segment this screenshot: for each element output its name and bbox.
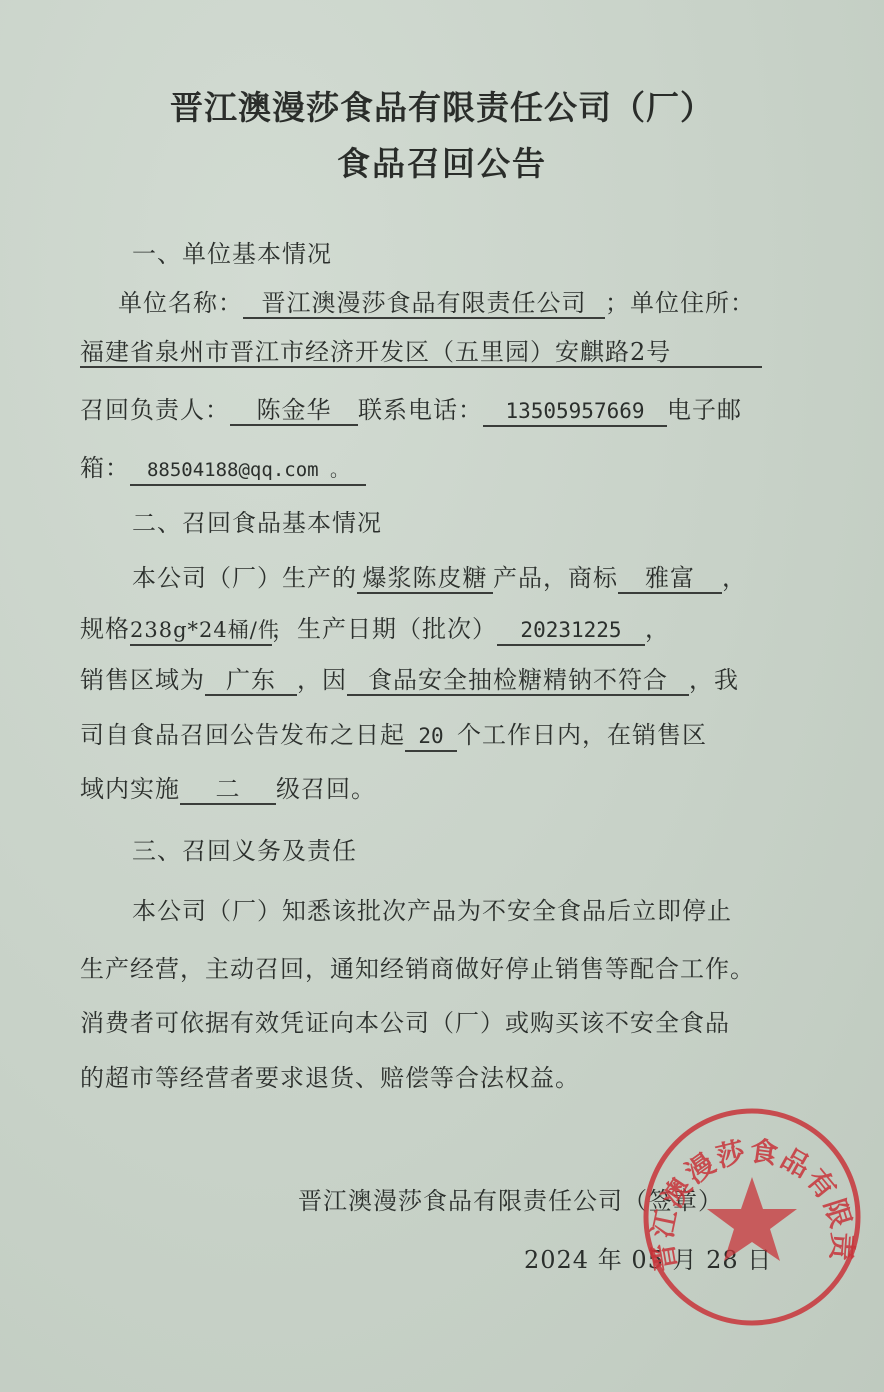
text: ，我 <box>689 666 739 694</box>
text: 个工作日内，在销售区 <box>457 721 707 749</box>
region-line: 销售区域为广东，因食品安全抽检糖精钠不符合，我 <box>80 664 739 696</box>
text: ， <box>645 615 670 643</box>
phone-value: 13505957669 <box>483 397 667 427</box>
star-icon <box>707 1177 797 1261</box>
unit-address-label: ；单位住所： <box>605 289 755 317</box>
email-line: 箱：88504188@qq.com 。 <box>80 452 366 486</box>
region-value: 广东 <box>205 666 297 696</box>
product-value: 爆浆陈皮糖 <box>357 564 493 594</box>
level-line: 域内实施二级召回。 <box>80 773 376 805</box>
unit-name-label: 单位名称： <box>118 289 243 317</box>
text: ， <box>722 564 747 592</box>
days-line: 司自食品召回公告发布之日起20个工作日内，在销售区 <box>80 719 707 752</box>
title-notice: 食品召回公告 <box>0 138 884 185</box>
company-seal-stamp: 晋江澳漫莎食品有限责任公司 <box>640 1105 865 1330</box>
brand-value: 雅富 <box>618 564 722 594</box>
email-label-2: 箱： <box>80 454 130 482</box>
batch-value: 20231225 <box>497 616 645 646</box>
reason-value: 食品安全抽检糖精钠不符合 <box>347 666 689 696</box>
recall-person-line: 召回负责人：陈金华联系电话：13505957669电子邮 <box>80 394 742 427</box>
level-value: 二 <box>180 775 276 805</box>
spec-value: 238g*24桶/件 <box>130 616 272 646</box>
recall-person-value: 陈金华 <box>230 396 358 426</box>
email-label-1: 电子邮 <box>667 396 742 424</box>
section3-para-line2: 生产经营，主动召回，通知经销商做好停止销售等配合工作。 <box>80 953 755 985</box>
recall-person-label: 召回负责人： <box>80 396 230 424</box>
section3-para-line1: 本公司（厂）知悉该批次产品为不安全食品后立即停止 <box>132 895 732 927</box>
unit-address-line: 福建省泉州市晋江市经济开发区（五里园）安麒路2号 <box>80 336 762 368</box>
unit-name-line: 单位名称：晋江澳漫莎食品有限责任公司；单位住所： <box>118 287 755 319</box>
text: 司自食品召回公告发布之日起 <box>80 721 405 749</box>
title-company: 晋江澳漫莎食品有限责任公司（厂） <box>0 82 884 129</box>
section3-para-line4: 的超市等经营者要求退货、赔偿等合法权益。 <box>80 1062 580 1094</box>
recall-notice-page: 晋江澳漫莎食品有限责任公司（厂） 食品召回公告 一、单位基本情况 单位名称：晋江… <box>0 0 884 1392</box>
text: 规格 <box>80 615 130 643</box>
email-value: 88504188@qq.com 。 <box>130 456 366 486</box>
unit-address-value: 福建省泉州市晋江市经济开发区（五里园）安麒路2号 <box>80 338 762 368</box>
text: 本公司（厂）生产的 <box>132 564 357 592</box>
section3-para-line3: 消费者可依据有效凭证向本公司（厂）或购买该不安全食品 <box>80 1007 730 1039</box>
text: 销售区域为 <box>80 666 205 694</box>
days-value: 20 <box>405 722 457 752</box>
text: 域内实施 <box>80 775 180 803</box>
text: 级召回。 <box>276 775 376 803</box>
section2-heading: 二、召回食品基本情况 <box>132 507 382 539</box>
phone-label: 联系电话： <box>358 396 483 424</box>
text: ，生产日期（批次） <box>272 615 497 643</box>
text: 产品，商标 <box>493 564 618 592</box>
text: ，因 <box>297 666 347 694</box>
section3-heading: 三、召回义务及责任 <box>132 835 357 867</box>
product-line: 本公司（厂）生产的爆浆陈皮糖产品，商标雅富， <box>132 562 747 594</box>
spec-line: 规格238g*24桶/件，生产日期（批次）20231225， <box>80 613 670 646</box>
section1-heading: 一、单位基本情况 <box>132 238 332 270</box>
unit-name-value: 晋江澳漫莎食品有限责任公司 <box>243 289 605 319</box>
